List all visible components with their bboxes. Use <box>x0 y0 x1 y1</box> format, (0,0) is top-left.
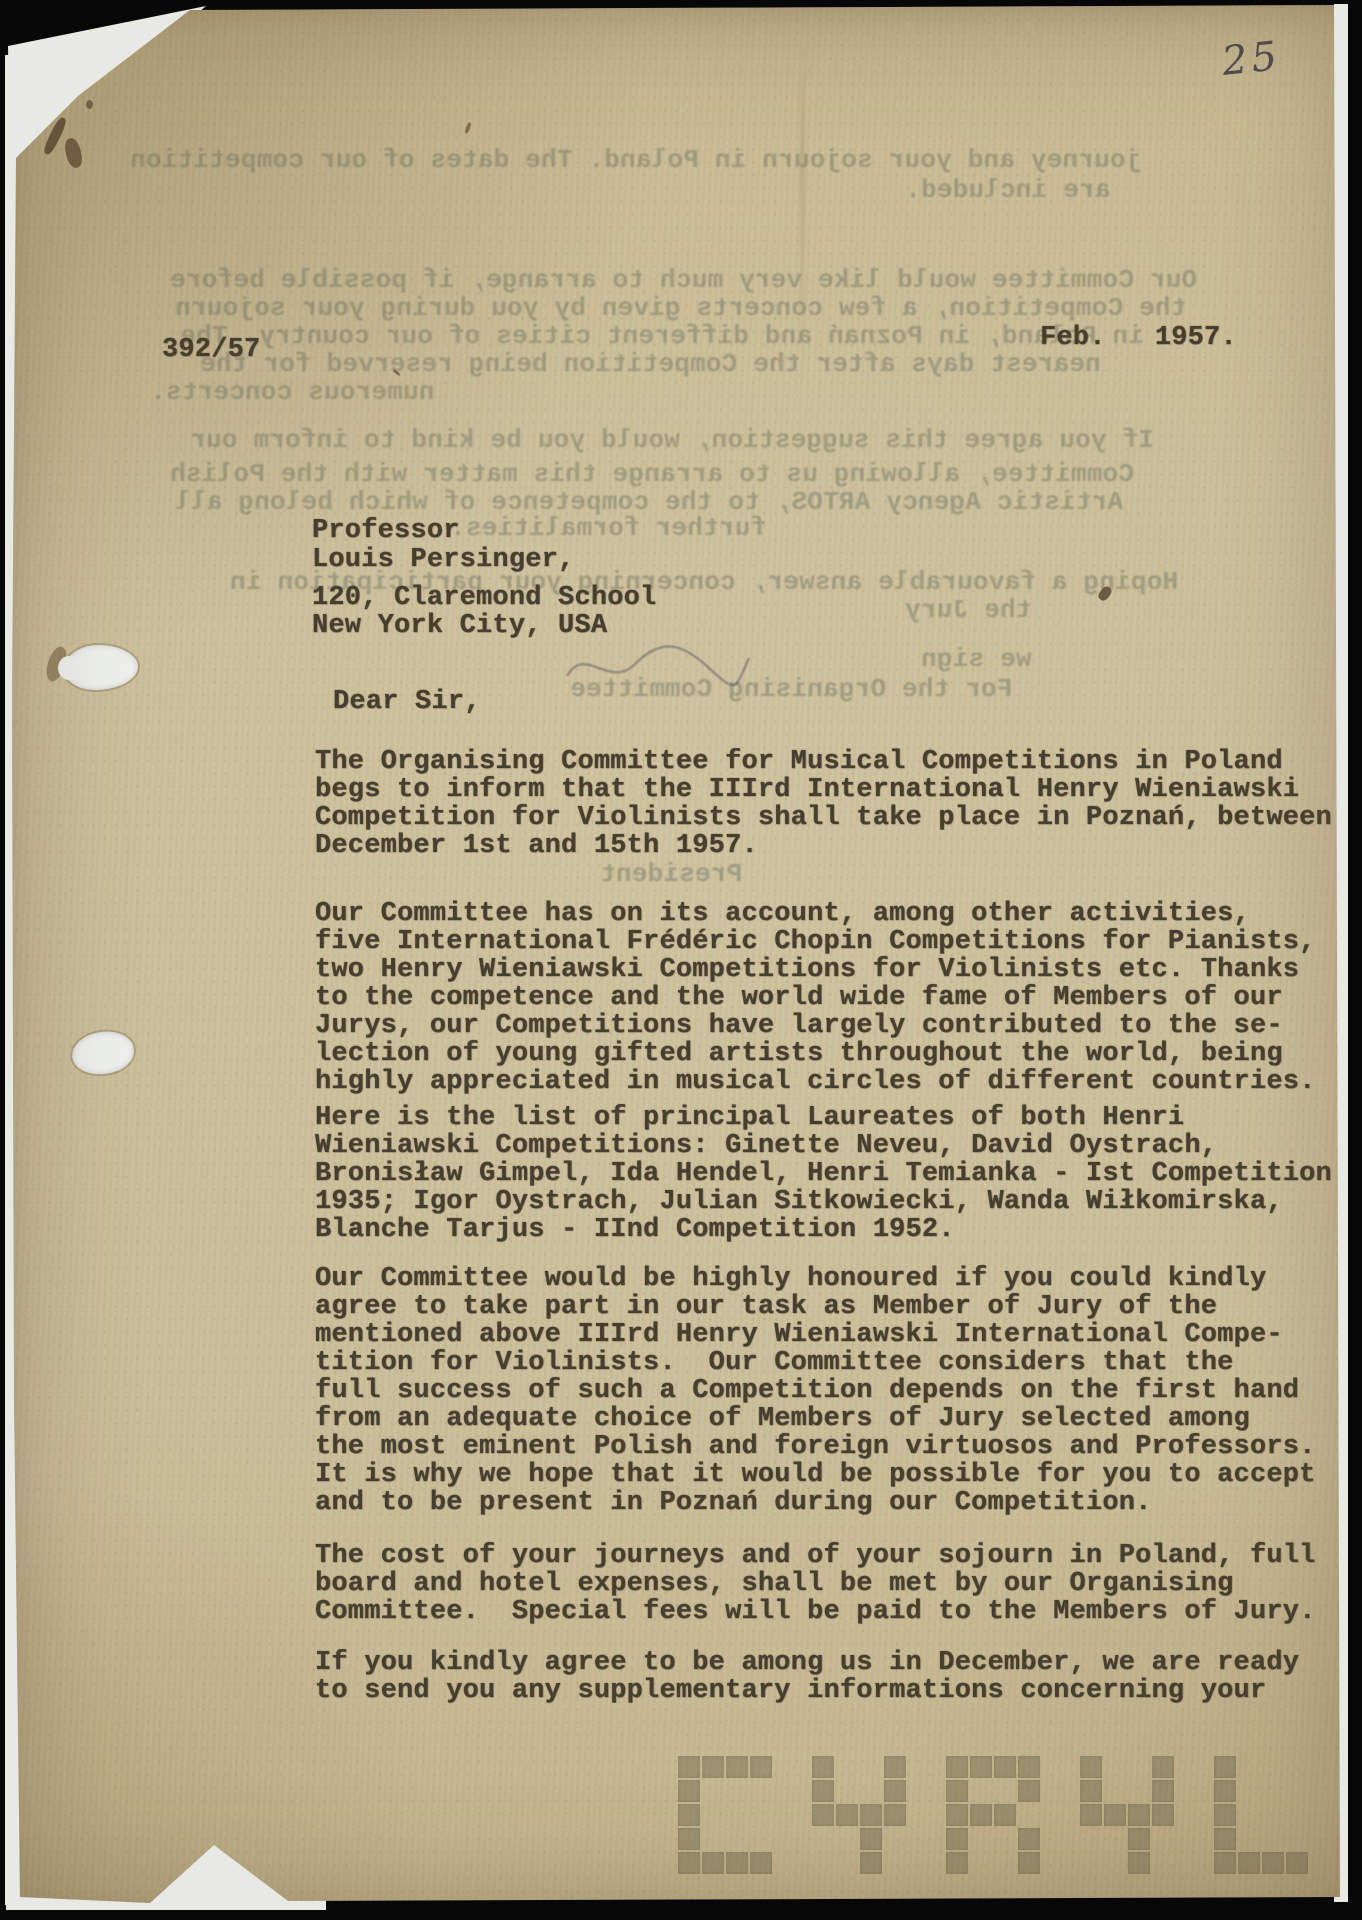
watermark-tile <box>678 1756 700 1778</box>
bleedthrough-line: If you agree this suggestion, would you … <box>190 426 1154 454</box>
watermark-gap <box>1286 1756 1308 1778</box>
watermark-gap <box>726 1828 748 1850</box>
typed-line: board and hotel expenses, shall be met b… <box>315 1570 1316 1598</box>
typed-line: agree to take part in our task as Member… <box>315 1293 1316 1321</box>
typed-line: from an adequate choice of Members of Ju… <box>315 1405 1316 1433</box>
typed-line: highly appreciated in musical circles of… <box>315 1068 1316 1096</box>
salutation: Dear Sir, <box>333 688 481 716</box>
watermark-tile <box>726 1756 748 1778</box>
watermark-gap <box>1238 1828 1260 1850</box>
typed-line: Wieniawski Competitions: Ginette Neveu, … <box>315 1132 1332 1160</box>
ink-smudge <box>63 137 85 170</box>
watermark-gap <box>1152 1852 1174 1874</box>
watermark-letter-Y <box>812 1756 906 1874</box>
watermark-gap <box>726 1780 748 1802</box>
watermark-gap <box>836 1756 858 1778</box>
watermark-tile <box>946 1852 968 1874</box>
typed-line: to the competence and the world wide fam… <box>315 984 1316 1012</box>
bleedthrough-line: Committee, allowing us to arrange this m… <box>170 460 1134 488</box>
scanned-letter-page: { "document": { "archive_number": "25", … <box>0 0 1362 1920</box>
typed-line: tition for Violinists. Our Committee con… <box>315 1349 1316 1377</box>
typed-line: five International Frédéric Chopin Compe… <box>315 928 1316 956</box>
watermark-tile <box>678 1780 700 1802</box>
bleedthrough-line: President <box>600 860 742 888</box>
watermark-gap <box>702 1804 724 1826</box>
watermark-tile <box>678 1828 700 1850</box>
bleedthrough-line: are included. <box>905 176 1110 204</box>
watermark-tile <box>860 1828 882 1850</box>
watermark-gap <box>1018 1804 1040 1826</box>
typed-line: It is why we hope that it would be possi… <box>315 1461 1316 1489</box>
typed-line: The Organising Committee for Musical Com… <box>315 748 1332 776</box>
paragraph-3: Here is the list of principal Laureates … <box>315 1104 1332 1244</box>
bleedthrough-line: in Poland, in Poznań and different citie… <box>180 322 1144 350</box>
watermark-tile <box>884 1780 906 1802</box>
recipient-name: Louis Persinger, <box>312 546 574 574</box>
watermark-tile <box>1152 1804 1174 1826</box>
bleedthrough-line: the Competition, a few concerts given by… <box>175 294 1186 322</box>
watermark-tile <box>750 1756 772 1778</box>
watermark-gap <box>750 1780 772 1802</box>
watermark-tile <box>812 1804 834 1826</box>
watermark-gap <box>1286 1780 1308 1802</box>
watermark-tile <box>678 1804 700 1826</box>
punch-hole-bottom <box>69 1028 136 1078</box>
cyryl-watermark <box>678 1756 1308 1874</box>
typed-line: lection of young gifted artists througho… <box>315 1040 1316 1068</box>
typed-line: begs to inform that the IIIrd Internatio… <box>315 776 1332 804</box>
typed-line: If you kindly agree to be among us in De… <box>315 1649 1299 1677</box>
watermark-tile <box>750 1852 772 1874</box>
watermark-gap <box>1152 1828 1174 1850</box>
watermark-tile <box>1128 1828 1150 1850</box>
watermark-gap <box>702 1780 724 1802</box>
paragraph-6: If you kindly agree to be among us in De… <box>315 1649 1299 1705</box>
paragraph-4: Our Committee would be highly honoured i… <box>315 1265 1316 1517</box>
bleedthrough-line: Our Committee would like very much to ar… <box>170 266 1197 294</box>
bleedthrough-line: journey and your sojourn in Poland. The … <box>130 146 1141 174</box>
bleedthrough-line: we sign <box>921 645 1032 673</box>
watermark-letter-R <box>946 1756 1040 1874</box>
watermark-tile <box>1080 1804 1102 1826</box>
watermark-gap <box>836 1852 858 1874</box>
letter-paper: journey and your sojourn in Poland. The … <box>0 0 1362 1920</box>
bleedthrough-line: Artistic Agency ARTOS, to the competence… <box>175 488 1123 516</box>
watermark-gap <box>812 1828 834 1850</box>
watermark-gap <box>750 1804 772 1826</box>
typed-line: Jurys, our Competitions have largely con… <box>315 1012 1316 1040</box>
watermark-tile <box>812 1780 834 1802</box>
watermark-tile <box>702 1756 724 1778</box>
watermark-gap <box>860 1780 882 1802</box>
typed-line: The cost of your journeys and of your so… <box>315 1542 1316 1570</box>
typed-line: Committee. Special fees will be paid to … <box>315 1598 1316 1626</box>
watermark-gap <box>1128 1780 1150 1802</box>
watermark-gap <box>884 1852 906 1874</box>
watermark-gap <box>994 1780 1016 1802</box>
typed-line: full success of such a Competition depen… <box>315 1377 1316 1405</box>
watermark-letter-Y <box>1080 1756 1174 1874</box>
date-line: Feb. 1957. <box>1040 324 1237 352</box>
punch-hole-top-lobe <box>58 656 80 680</box>
watermark-tile <box>702 1852 724 1874</box>
typed-line: Our Committee has on its account, among … <box>315 900 1316 928</box>
watermark-gap <box>1104 1780 1126 1802</box>
watermark-tile <box>1214 1828 1236 1850</box>
typed-line: December 1st and 15th 1957. <box>315 832 1332 860</box>
signature-scribble <box>563 632 753 704</box>
watermark-tile <box>946 1780 968 1802</box>
bleedthrough-line: further formalities. <box>450 514 766 542</box>
watermark-gap <box>1104 1828 1126 1850</box>
watermark-tile <box>946 1756 968 1778</box>
watermark-gap <box>1104 1852 1126 1874</box>
watermark-gap <box>1262 1780 1284 1802</box>
watermark-tile <box>994 1804 1016 1826</box>
watermark-gap <box>812 1852 834 1874</box>
watermark-gap <box>860 1756 882 1778</box>
watermark-tile <box>678 1852 700 1874</box>
watermark-tile <box>1214 1852 1236 1874</box>
watermark-gap <box>1286 1804 1308 1826</box>
watermark-gap <box>1262 1828 1284 1850</box>
watermark-tile <box>726 1852 748 1874</box>
bleedthrough-line: numerous concerts. <box>150 378 434 406</box>
typed-line: and to be present in Poznań during our C… <box>315 1489 1316 1517</box>
watermark-tile <box>1214 1804 1236 1826</box>
watermark-letter-L <box>1214 1756 1308 1874</box>
typed-line: Blanche Tarjus - IInd Competition 1952. <box>315 1216 1332 1244</box>
watermark-tile <box>1018 1756 1040 1778</box>
watermark-tile <box>1262 1852 1284 1874</box>
fiber-speck <box>464 122 472 135</box>
watermark-tile <box>970 1804 992 1826</box>
typed-line: 1935; Igor Oystrach, Julian Sitkowiecki,… <box>315 1188 1332 1216</box>
watermark-tile <box>1018 1828 1040 1850</box>
watermark-tile <box>946 1828 968 1850</box>
paragraph-5: The cost of your journeys and of your so… <box>315 1542 1316 1626</box>
typed-line: two Henry Wieniawski Competitions for Vi… <box>315 956 1316 984</box>
watermark-gap <box>1104 1756 1126 1778</box>
typed-line: Competition for Violinists shall take pl… <box>315 804 1332 832</box>
watermark-gap <box>836 1828 858 1850</box>
watermark-tile <box>1128 1852 1150 1874</box>
watermark-tile <box>1128 1804 1150 1826</box>
watermark-letter-C <box>678 1756 772 1874</box>
watermark-tile <box>860 1804 882 1826</box>
watermark-gap <box>1080 1828 1102 1850</box>
watermark-gap <box>970 1828 992 1850</box>
watermark-tile <box>946 1804 968 1826</box>
watermark-gap <box>726 1804 748 1826</box>
watermark-tile <box>1018 1780 1040 1802</box>
watermark-tile <box>836 1804 858 1826</box>
watermark-gap <box>970 1780 992 1802</box>
watermark-gap <box>1238 1804 1260 1826</box>
watermark-tile <box>994 1756 1016 1778</box>
ink-speck <box>86 100 93 109</box>
reference-number: 392/57 <box>162 336 260 364</box>
watermark-gap <box>884 1828 906 1850</box>
bleedthrough-line: nearest days after the Competition being… <box>200 350 1101 378</box>
watermark-tile <box>1214 1756 1236 1778</box>
watermark-gap <box>994 1828 1016 1850</box>
watermark-tile <box>860 1852 882 1874</box>
watermark-gap <box>1262 1756 1284 1778</box>
watermark-gap <box>1262 1804 1284 1826</box>
watermark-tile <box>1080 1780 1102 1802</box>
watermark-gap <box>1286 1828 1308 1850</box>
watermark-gap <box>1128 1756 1150 1778</box>
watermark-tile <box>812 1756 834 1778</box>
typed-line: Our Committee would be highly honoured i… <box>315 1265 1316 1293</box>
watermark-gap <box>970 1852 992 1874</box>
watermark-tile <box>1104 1804 1126 1826</box>
watermark-gap <box>750 1828 772 1850</box>
watermark-tile <box>1214 1780 1236 1802</box>
typed-line: Bronisław Gimpel, Ida Hendel, Henri Temi… <box>315 1160 1332 1188</box>
watermark-tile <box>884 1756 906 1778</box>
typed-line: mentioned above IIIrd Henry Wieniawski I… <box>315 1321 1316 1349</box>
watermark-gap <box>1238 1756 1260 1778</box>
watermark-gap <box>1238 1780 1260 1802</box>
typed-line: the most eminent Polish and foreign virt… <box>315 1433 1316 1461</box>
watermark-tile <box>884 1804 906 1826</box>
watermark-tile <box>1152 1780 1174 1802</box>
typed-line: Here is the list of principal Laureates … <box>315 1104 1332 1132</box>
archive-page-number: 25 <box>1220 33 1283 85</box>
watermark-tile <box>1018 1852 1040 1874</box>
watermark-gap <box>836 1780 858 1802</box>
watermark-gap <box>994 1852 1016 1874</box>
watermark-tile <box>1238 1852 1260 1874</box>
watermark-gap <box>702 1828 724 1850</box>
watermark-tile <box>970 1756 992 1778</box>
watermark-tile <box>1286 1852 1308 1874</box>
recipient-street: 120, Claremond School <box>312 584 656 612</box>
watermark-tile <box>1080 1756 1102 1778</box>
typed-line: to send you any supplementary informatio… <box>315 1677 1299 1705</box>
bleedthrough-line: the Jury <box>905 596 1031 624</box>
watermark-gap <box>1080 1852 1102 1874</box>
recipient-title: Professor <box>312 517 460 545</box>
watermark-tile <box>1152 1756 1174 1778</box>
paragraph-1: The Organising Committee for Musical Com… <box>315 748 1332 860</box>
paragraph-2: Our Committee has on its account, among … <box>315 900 1316 1096</box>
